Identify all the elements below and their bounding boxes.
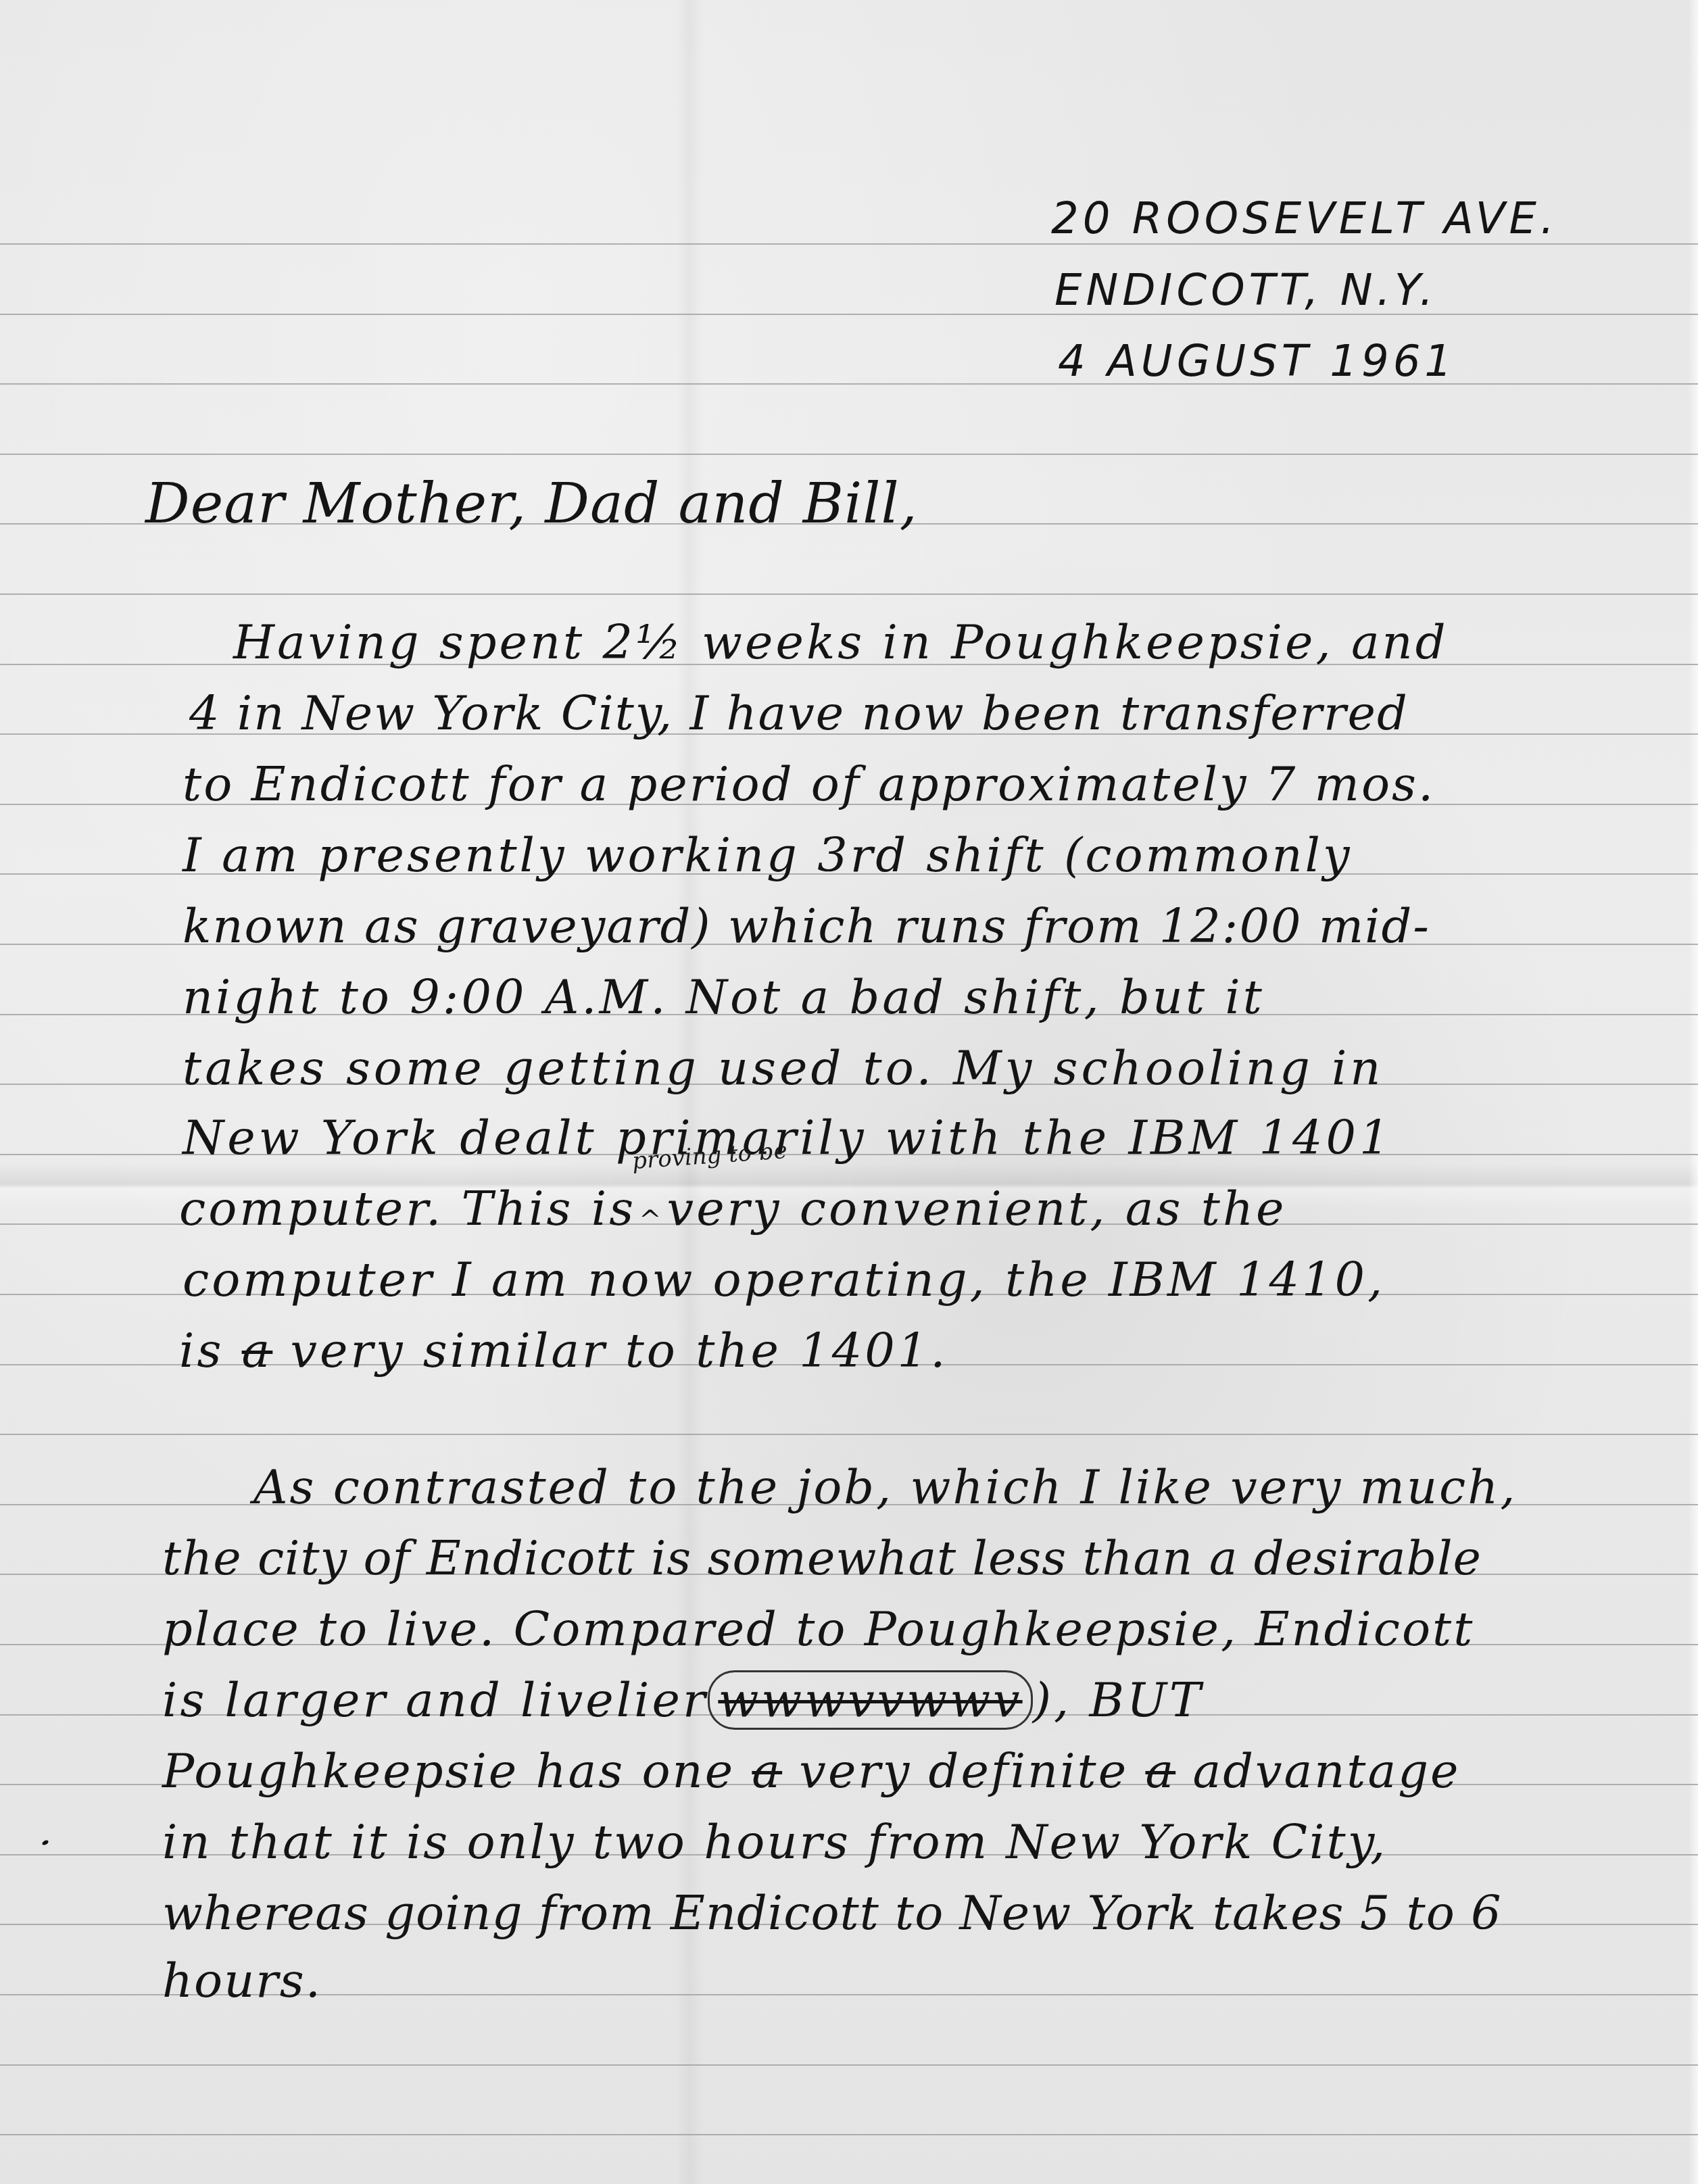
body-line: is a very similar to the 1401. (179, 1327, 948, 1374)
struck-out-text: a (752, 1743, 782, 1799)
text-segment: is larger and livelier (162, 1672, 708, 1728)
ruled-line (0, 1434, 1698, 1435)
body-line: night to 9:00 A.M. Not a bad shift, but … (183, 973, 1265, 1021)
body-line: known as graveyard) which runs from 12:0… (183, 902, 1430, 950)
body-line: computer. This is^very convenient, as th… (179, 1185, 1286, 1234)
body-line: Poughkeepsie has one a very definite a a… (162, 1747, 1460, 1795)
body-line: computer I am now operating, the IBM 141… (183, 1256, 1385, 1303)
struck-out-text: a (242, 1323, 273, 1378)
body-line: the city of Endicott is somewhat less th… (162, 1534, 1482, 1582)
text-segment: ), BUT (1033, 1672, 1204, 1728)
body-line: hours. (162, 1957, 322, 2004)
text-segment: very similar to the 1401. (291, 1323, 948, 1378)
body-line: New York dealt primarily with the IBM 14… (183, 1114, 1393, 1161)
ruled-line (0, 2134, 1698, 2135)
text-segment: advantage (1192, 1743, 1460, 1799)
body-line: is larger and livelierwwwvvwwv), BUT (162, 1676, 1204, 1724)
body-line: place to live. Compared to Poughkeepsie,… (162, 1605, 1474, 1653)
letter-date: 4 August 1961 (1058, 340, 1456, 383)
body-line: to Endicott for a period of approximatel… (183, 760, 1435, 808)
body-line: takes some getting used to. My schooling… (183, 1044, 1384, 1092)
text-segment: is (179, 1323, 224, 1378)
text-segment: Poughkeepsie has one (162, 1743, 735, 1799)
body-line: As contrasted to the job, which I like v… (253, 1463, 1518, 1511)
text-segment: very convenient, as the (667, 1181, 1287, 1236)
ruled-line (0, 2064, 1698, 2066)
body-line: in that it is only two hours from New Yo… (162, 1818, 1387, 1866)
ruled-line (0, 314, 1698, 315)
text-segment: computer. This is (179, 1181, 636, 1236)
insertion-caret: ^ (636, 1205, 667, 1236)
address-line-2: Endicott, N.Y. (1054, 269, 1437, 312)
body-line: whereas going from Endicott to New York … (162, 1889, 1502, 1937)
circled-strikeout: wwwvvwwv (708, 1670, 1032, 1730)
body-line: I am presently working 3rd shift (common… (183, 831, 1353, 879)
ruled-line (0, 593, 1698, 595)
salutation: Dear Mother, Dad and Bill, (145, 477, 918, 532)
text-segment: very definite (799, 1743, 1128, 1799)
body-line: Having spent 2½ weeks in Poughkeepsie, a… (233, 618, 1449, 666)
body-line: 4 in New York City, I have now been tran… (189, 689, 1409, 737)
address-line-1: 20 Roosevelt Ave. (1051, 197, 1558, 241)
ruled-line (0, 454, 1698, 455)
struck-out-text: a (1145, 1743, 1175, 1799)
paper-edge (1689, 0, 1698, 2184)
